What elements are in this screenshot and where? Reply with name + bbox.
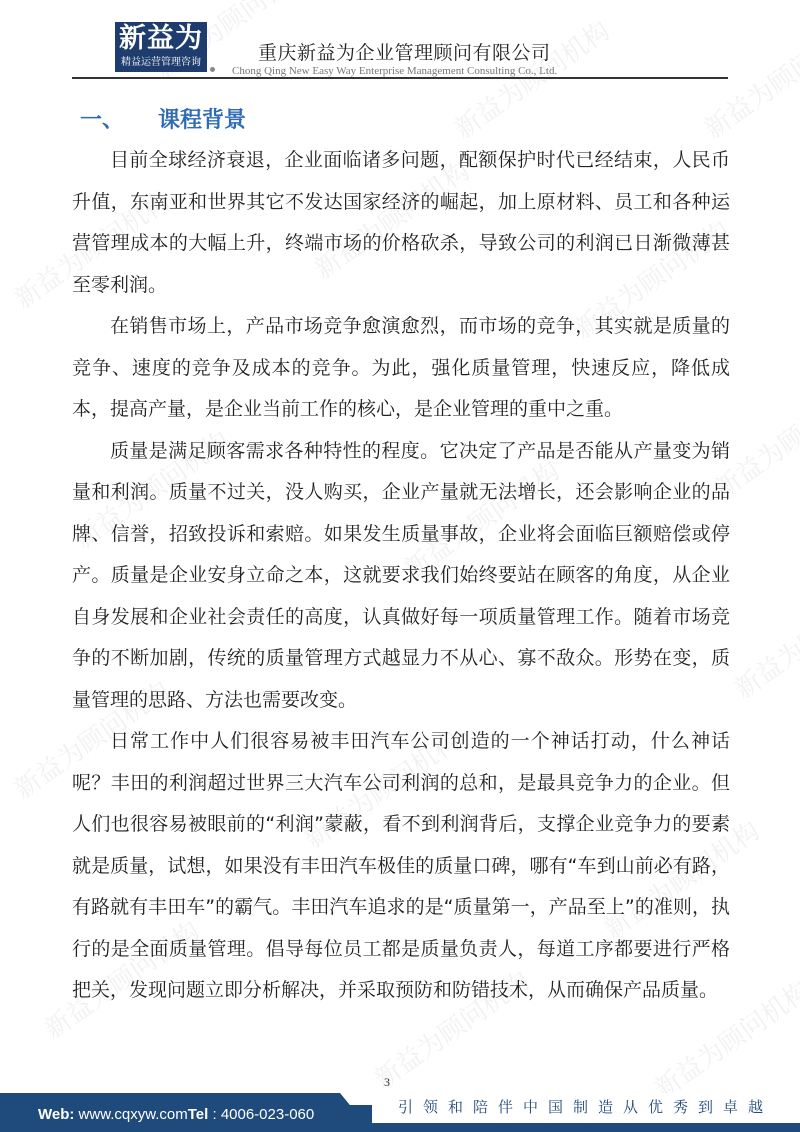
header-divider <box>72 77 728 79</box>
logo-sub-text: 精益运营管理咨询 <box>115 56 207 70</box>
web-link[interactable]: www.cqxyw.com <box>74 1106 187 1123</box>
page-footer: Web: www.cqxyw.comTel : 4006-023-060 引领和… <box>0 1093 800 1132</box>
section-title: 课程背景 <box>158 108 246 133</box>
tel-label: Tel <box>188 1106 209 1123</box>
company-name-cn: 重庆新益为企业管理顾问有限公司 <box>258 38 551 65</box>
section-heading: 一、课程背景 <box>80 103 246 134</box>
footer-contact: Web: www.cqxyw.comTel : 4006-023-060 <box>38 1106 314 1123</box>
logo-dot-icon <box>210 67 215 72</box>
page-number: 3 <box>384 1075 390 1090</box>
tel-number: : 4006-023-060 <box>208 1106 314 1123</box>
page-header: 新益为 精益运营管理咨询 重庆新益为企业管理顾问有限公司 Chong Qing … <box>0 0 800 80</box>
web-label: Web: <box>38 1106 74 1123</box>
footer-slogan: 引领和陪伴中国制造从优秀到卓越 <box>398 1096 773 1117</box>
section-number: 一、 <box>80 103 158 134</box>
company-logo: 新益为 精益运营管理咨询 <box>115 22 207 72</box>
company-name-en: Chong Qing New Easy Way Enterprise Manag… <box>232 65 557 77</box>
paragraph: 在销售市场上，产品市场竞争愈演愈烈，而市场的竞争，其实就是质量的竞争、速度的竞争… <box>72 306 730 431</box>
watermark: 新益为顾问机构 <box>726 571 800 706</box>
paragraph: 目前全球经济衰退，企业面临诸多问题，配额保护时代已经结束，人民币升值，东南亚和世… <box>72 140 730 306</box>
logo-main-text: 新益为 <box>115 22 207 54</box>
paragraph: 日常工作中人们很容易被丰田汽车公司创造的一个神话打动，什么神话呢？丰田的利润超过… <box>72 721 730 1012</box>
paragraph: 质量是满足顾客需求各种特性的程度。它决定了产品是否能从产量变为销量和利润。质量不… <box>72 431 730 722</box>
body-content: 目前全球经济衰退，企业面临诸多问题，配额保护时代已经结束，人民币升值，东南亚和世… <box>72 140 730 1012</box>
